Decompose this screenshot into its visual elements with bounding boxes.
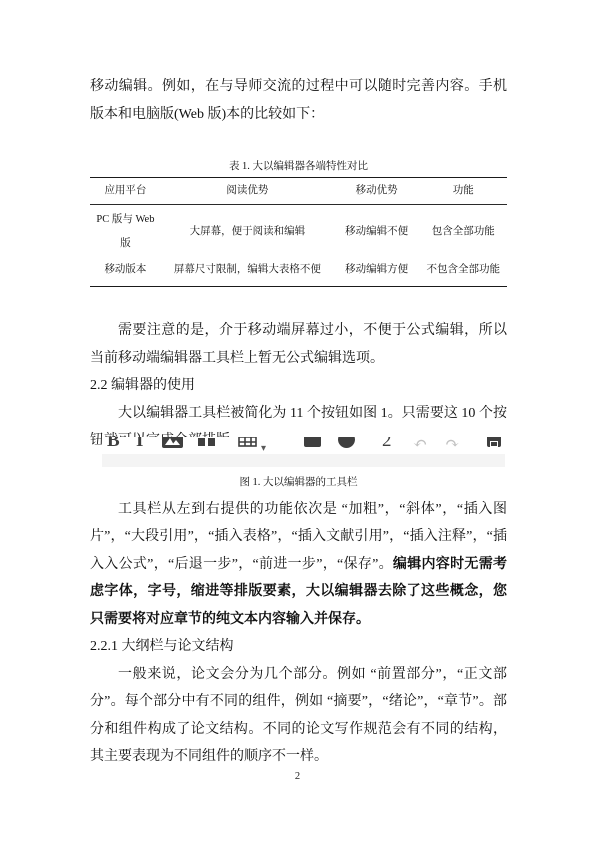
paragraph-intro: 移动编辑。例如，在与导师交流的过程中可以随时完善内容。手机版本和电脑版(Web … — [90, 73, 507, 128]
section-heading-2-2-1: 2.2.1 大纲栏与论文结构 — [90, 633, 507, 661]
insert-image-icon — [162, 437, 183, 453]
toolbar-background-band — [102, 454, 505, 467]
table-header-row: 应用平台 阅读优势 移动优势 功能 — [90, 178, 507, 205]
cell-reading: 大屏幕，便于阅读和编辑 — [161, 205, 334, 258]
col-header-platform: 应用平台 — [90, 178, 161, 205]
insert-formula-icon: 2 — [382, 437, 392, 452]
cell-features: 包含全部功能 — [419, 205, 507, 258]
paragraph-toolbar-functions: 工具栏从左到右提供的功能依次是 “加粗”，“斜体”，“插入图片”，“大段引用”，… — [90, 496, 507, 634]
paragraph-note: 需要注意的是，介于移动端屏幕过小，不便于公式编辑，所以当前移动端编辑器工具栏上暂… — [90, 317, 507, 372]
insert-table-icon — [238, 437, 257, 452]
section-heading-2-2: 2.2 编辑器的使用 — [90, 372, 507, 400]
redo-icon: ↷ — [445, 437, 459, 455]
document-page: 移动编辑。例如，在与导师交流的过程中可以随时完善内容。手机版本和电脑版(Web … — [0, 0, 595, 842]
table-caption: 表 1. 大以编辑器各端特性对比 — [90, 159, 507, 175]
cell-mobile: 移动编辑不便 — [334, 205, 419, 258]
insert-citation-icon — [304, 437, 321, 447]
bold-icon: B — [107, 437, 120, 452]
undo-icon: ↶ — [413, 437, 427, 455]
italic-icon: I — [136, 437, 143, 452]
col-header-reading: 阅读优势 — [161, 178, 334, 205]
table-row: 移动版本 屏幕尺寸限制，编辑大表格不便 移动编辑方便 不包含全部功能 — [90, 257, 507, 287]
cell-features: 不包含全部功能 — [419, 257, 507, 287]
cell-platform: PC 版与 Web 版 — [90, 205, 161, 258]
comparison-table: 应用平台 阅读优势 移动优势 功能 PC 版与 Web 版 大屏幕，便于阅读和编… — [90, 177, 507, 287]
cell-reading: 屏幕尺寸限制，编辑大表格不便 — [161, 257, 334, 287]
page-number: 2 — [0, 771, 595, 782]
toolbar-screenshot: B I ▾ 2 ↶ ↷ — [102, 437, 505, 467]
save-icon — [486, 437, 502, 453]
chevron-down-icon: ▾ — [261, 438, 266, 460]
col-header-features: 功能 — [419, 178, 507, 205]
table-row: PC 版与 Web 版 大屏幕，便于阅读和编辑 移动编辑不便 包含全部功能 — [90, 205, 507, 258]
col-header-mobile: 移动优势 — [334, 178, 419, 205]
figure-caption: 图 1. 大以编辑器的工具栏 — [90, 475, 507, 491]
cell-mobile: 移动编辑方便 — [334, 257, 419, 287]
insert-comment-icon — [338, 437, 355, 448]
paragraph-outline-structure: 一般来说，论文会分为几个部分。例如 “前置部分”，“正文部分”。每个部分中有不同… — [90, 661, 507, 771]
figure-toolbar: B I ▾ 2 ↶ ↷ 图 1. 大以编辑器的工具栏 — [90, 437, 507, 491]
cell-platform: 移动版本 — [90, 257, 161, 287]
block-quote-icon — [198, 437, 218, 451]
